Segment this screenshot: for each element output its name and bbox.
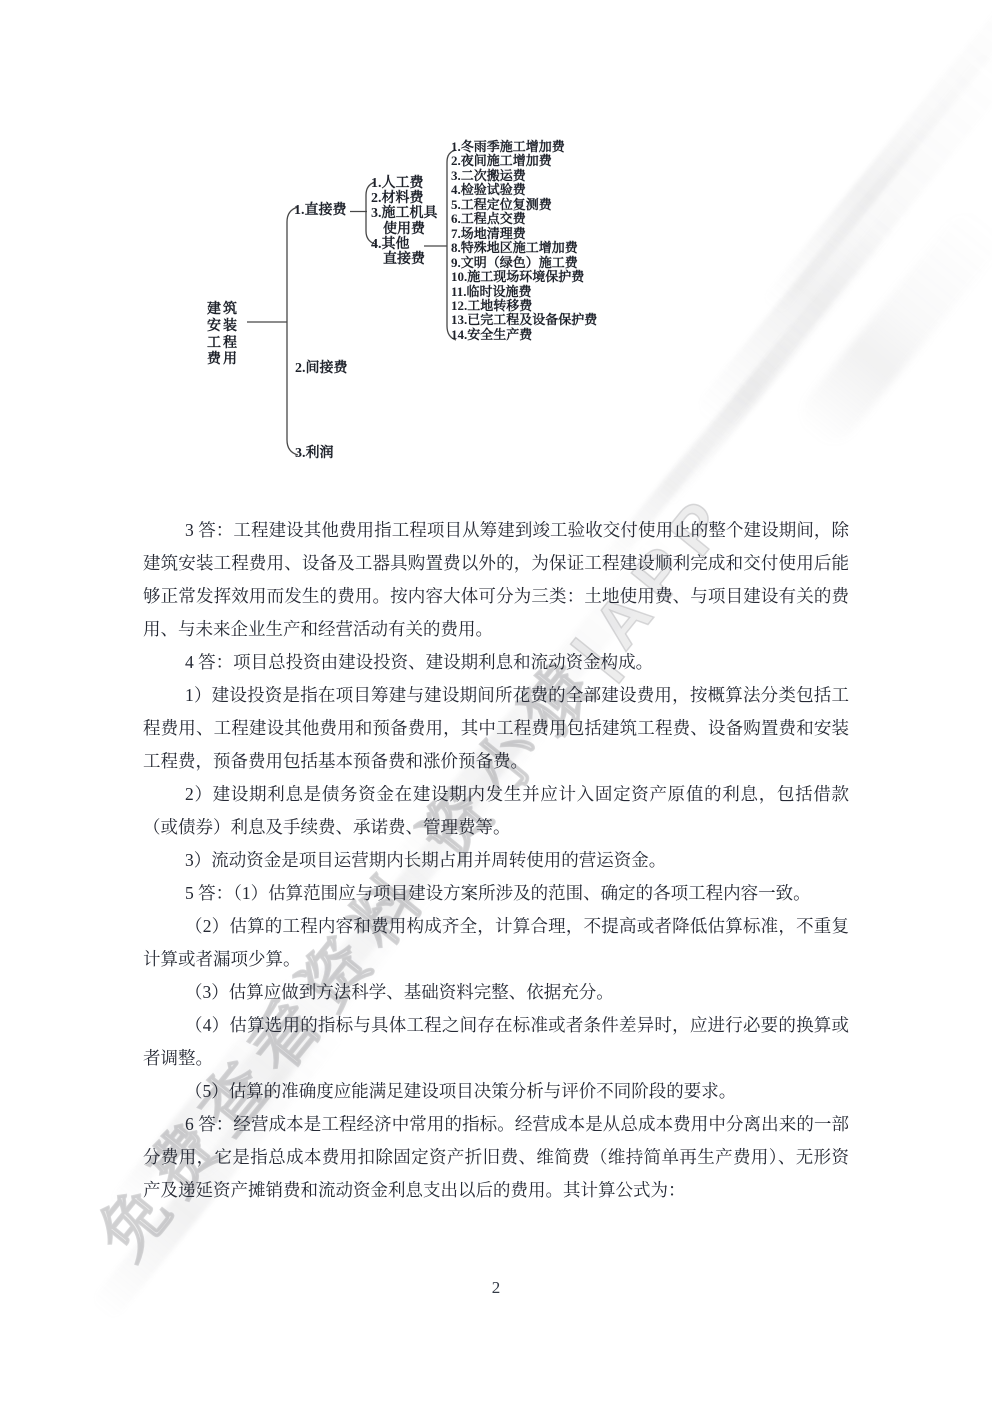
- diagram-item-wrap: 直接费: [371, 252, 438, 267]
- diagram-branch-indirect-cost: 2.间接费: [295, 361, 348, 376]
- diagram-other-direct-cost-items: 1.冬雨季施工增加费 2.夜间施工增加费 3.二次搬运费 4.检验试验费 5.工…: [451, 140, 597, 342]
- diagram-item: 6.工程点交费: [451, 212, 597, 226]
- diagram-item: 14.安全生产费: [451, 328, 597, 342]
- answer-5-item-5: （5）估算的准确度应能满足建设项目决策分析与评价不同阶段的要求。: [143, 1075, 849, 1108]
- answer-3-paragraph: 3 答：工程建设其他费用指工程项目从筹建到竣工验收交付使用止的整个建设期间，除建…: [143, 514, 849, 646]
- diagram-item-wrap: 使用费: [371, 222, 438, 237]
- diagram-item: 4.检验试验费: [451, 183, 597, 197]
- diagram-branch-profit: 3.利润: [295, 446, 334, 461]
- diagram-item: 5.工程定位复测费: [451, 198, 597, 212]
- root-line: 工程: [207, 336, 239, 353]
- answer-6-paragraph: 6 答：经营成本是工程经济中常用的指标。经营成本是从总成本费用中分离出来的一部分…: [143, 1108, 849, 1207]
- answer-5-item-4: （4）估算选用的指标与具体工程之间存在标准或者条件差异时，应进行必要的换算或者调…: [143, 1009, 849, 1075]
- answer-4-item-2: 2）建设期利息是债务资金在建设期内发生并应计入固定资产原值的利息，包括借款（或债…: [143, 778, 849, 844]
- diagram-item: 1.人工费: [371, 176, 438, 191]
- answer-5-item-2: （2）估算的工程内容和费用构成齐全，计算合理，不提高或者降低估算标准，不重复计算…: [143, 910, 849, 976]
- diagram-item: 7.场地清理费: [451, 227, 597, 241]
- diagram-item: 2.夜间施工增加费: [451, 154, 597, 168]
- diagram-item: 10.施工现场环境保护费: [451, 270, 597, 284]
- answer-5-item-3: （3）估算应做到方法科学、基础资料完整、依据充分。: [143, 976, 849, 1009]
- diagram-branch-direct-cost: 1.直接费: [294, 203, 347, 218]
- answer-5-item-1: 5 答：（1）估算范围应与项目建设方案所涉及的范围、确定的各项工程内容一致。: [143, 877, 849, 910]
- answer-4-item-3: 3）流动资金是项目运营期内长期占用并周转使用的营运资金。: [143, 844, 849, 877]
- diagram-item: 8.特殊地区施工增加费: [451, 241, 597, 255]
- answer-4-paragraph: 4 答：项目总投资由建设投资、建设期利息和流动资金构成。: [143, 646, 849, 679]
- root-line: 建筑: [207, 302, 239, 319]
- diagram-item: 13.已完工程及设备保护费: [451, 313, 597, 327]
- diagram-item: 3.二次搬运费: [451, 169, 597, 183]
- diagram-item: 1.冬雨季施工增加费: [451, 140, 597, 154]
- root-line: 费用: [207, 352, 239, 369]
- diagram-item: 2.材料费: [371, 191, 438, 206]
- cost-structure-diagram: 建筑 安装 工程 费用 1.直接费 2.间接费 3.利润 1.人工费 2.材料费…: [0, 0, 992, 500]
- answers-text: 3 答：工程建设其他费用指工程项目从筹建到竣工验收交付使用止的整个建设期间，除建…: [143, 514, 849, 1207]
- diagram-item: 4.其他: [371, 237, 438, 252]
- page-number: 2: [0, 1278, 992, 1298]
- diagram-item: 3.施工机具: [371, 206, 438, 221]
- answer-4-item-1: 1）建设投资是指在项目筹建与建设期间所花费的全部建设费用，按概算法分类包括工程费…: [143, 679, 849, 778]
- diagram-item: 11.临时设施费: [451, 285, 597, 299]
- diagram-direct-cost-items: 1.人工费 2.材料费 3.施工机具 使用费 4.其他 直接费: [371, 176, 438, 267]
- diagram-root-label: 建筑 安装 工程 费用: [207, 302, 239, 369]
- diagram-item: 12.工地转移费: [451, 299, 597, 313]
- root-line: 安装: [207, 319, 239, 336]
- diagram-item: 9.文明（绿色）施工费: [451, 256, 597, 270]
